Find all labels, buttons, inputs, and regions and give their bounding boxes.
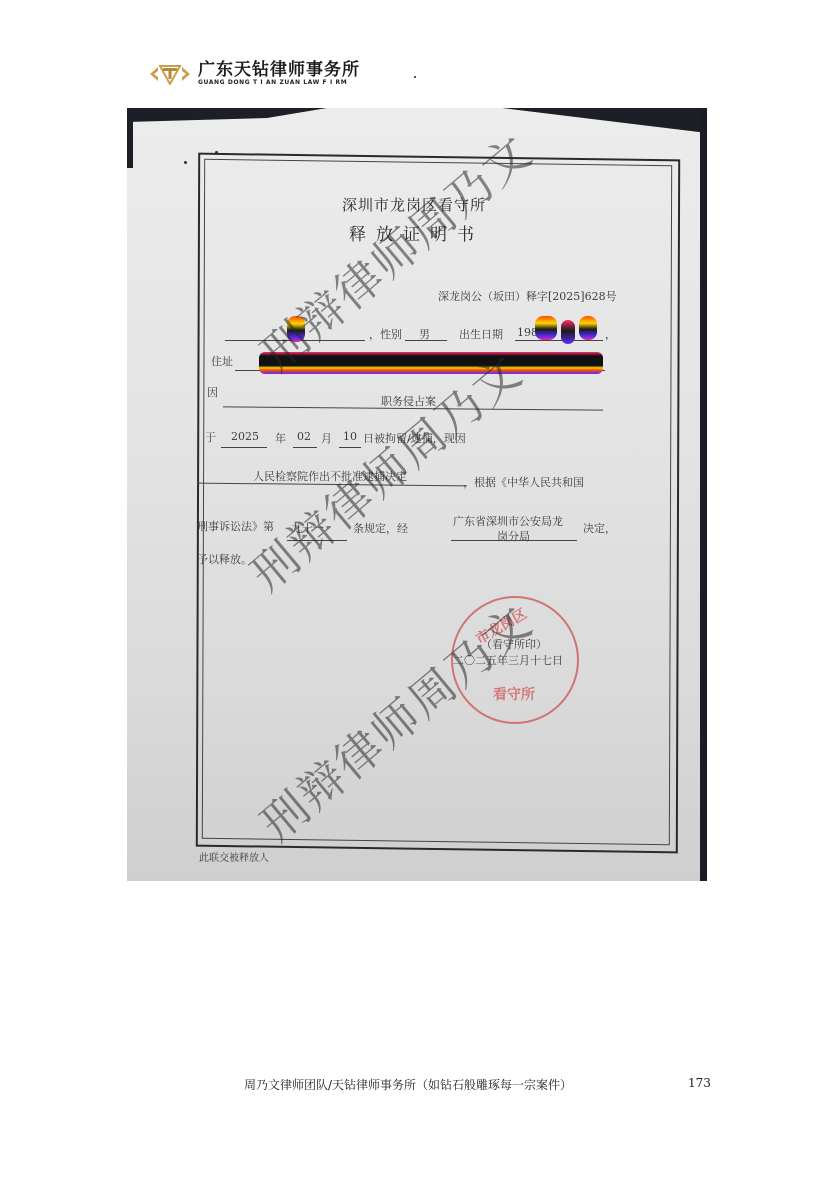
gender-label: ，性别 xyxy=(369,326,402,342)
year-label: 年 xyxy=(275,430,286,446)
birth-label: 出生日期 xyxy=(459,326,503,342)
authority-line1: 广东省深圳市公安局龙 xyxy=(453,513,563,529)
authority-line2: 岗分局 xyxy=(497,528,530,544)
gender-value: 男 xyxy=(419,326,430,342)
on-label: 于 xyxy=(205,429,216,445)
page-number: 173 xyxy=(688,1076,711,1090)
firm-name-cn: 广东天钻律师事务所 xyxy=(198,62,360,79)
month-label: 月 xyxy=(321,430,332,446)
law-ref-prefix: ，根据《中华人民共和国 xyxy=(463,474,584,490)
document-number: 深龙岗公（坂田）释字[2025]628号 xyxy=(438,288,617,304)
firm-logo: 广东天钻律师事务所 GUANG DONG T I AN ZUAN LAW F I… xyxy=(148,62,360,86)
redaction-mark xyxy=(535,316,557,340)
header-dot xyxy=(414,76,416,78)
day-value: 10 xyxy=(343,430,357,443)
redaction-mark xyxy=(561,320,575,344)
decision-suffix: 决定， xyxy=(583,520,616,536)
comma: ， xyxy=(605,326,616,342)
birth-underline xyxy=(515,340,603,341)
page-footer: 周乃文律师团队/天钻律师事务所（如钻石般雕琢每一宗案件） xyxy=(244,1076,572,1093)
year-underline xyxy=(221,447,267,448)
month-underline xyxy=(293,447,317,448)
copy-note: 此联交被释放人 xyxy=(199,849,269,864)
diamond-t-logo-icon xyxy=(148,63,192,85)
cause-label: 因 xyxy=(207,384,218,400)
address-label: 住址 xyxy=(211,353,233,369)
seal-text-bottom: 看守所 xyxy=(493,684,535,704)
background-edge xyxy=(700,108,707,881)
certificate-photo: 深圳市龙岗区看守所 释放证明书 深龙岗公（坂田）释字[2025]628号 ，性别… xyxy=(127,108,707,881)
authority-underline xyxy=(451,540,577,541)
firm-name-en: GUANG DONG T I AN ZUAN LAW F I RM xyxy=(198,80,360,86)
month-value: 02 xyxy=(297,430,311,443)
redaction-mark xyxy=(579,316,597,340)
day-underline xyxy=(339,447,361,448)
year-value: 2025 xyxy=(231,430,259,443)
